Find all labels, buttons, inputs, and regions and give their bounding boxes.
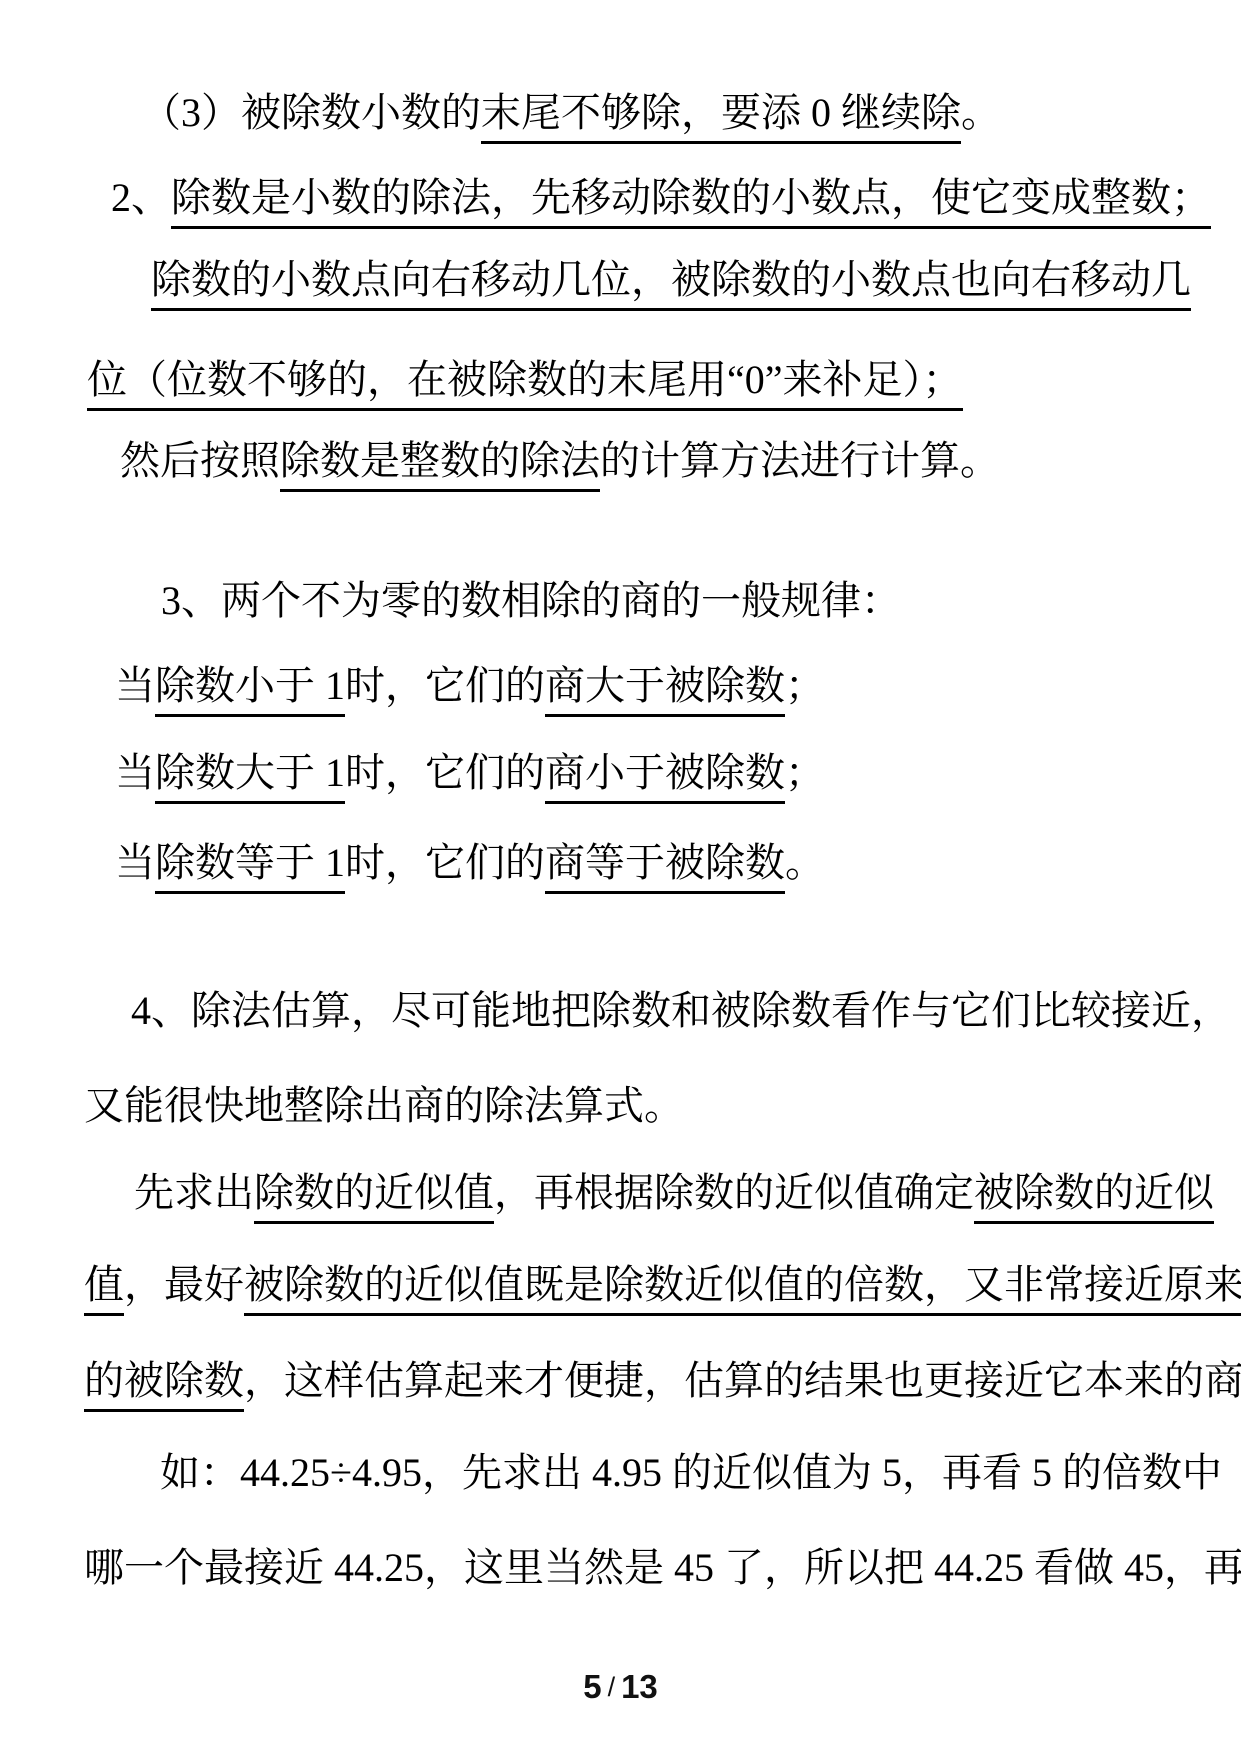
text-line: 4、除法估算，尽可能地把除数和被除数看作与它们比较接近， xyxy=(131,988,1231,1034)
text-segment: 3、两个不为零的数相除的商的一般规律： xyxy=(161,578,901,624)
page-footer: 5/13 xyxy=(0,1668,1241,1706)
underlined-text-segment: 商等于被除数 xyxy=(545,840,785,894)
underlined-text-segment: 除数是整数的除法 xyxy=(280,438,600,492)
underlined-text-segment: 除数大于 1 xyxy=(155,750,345,804)
text-line: （3）被除数小数的末尾不够除，要添 0 继续除。 xyxy=(141,90,1001,144)
text-segment: ，再根据除数的近似值确定 xyxy=(494,1170,974,1216)
text-line: 当除数大于 1 时，它们的商小于被除数； xyxy=(115,750,825,804)
text-line: 又能很快地整除出商的除法算式。 xyxy=(84,1083,684,1129)
underlined-text-segment: 商小于被除数 xyxy=(545,750,785,804)
text-line: 值，最好被除数的近似值既是除数近似值的倍数，又非常接近原来 xyxy=(84,1262,1241,1316)
text-line: 哪一个最接近 44.25，这里当然是 45 了，所以把 44.25 看做 45，… xyxy=(84,1545,1241,1591)
text-segment: 。 xyxy=(961,90,1001,136)
text-line: 当除数等于 1 时，它们的商等于被除数。 xyxy=(115,840,825,894)
text-segment: ，最好 xyxy=(124,1262,244,1308)
total-page-count: 13 xyxy=(621,1668,658,1705)
text-line: 的被除数，这样估算起来才便捷，估算的结果也更接近它本来的商。 xyxy=(84,1358,1241,1412)
text-segment: 先求出 xyxy=(134,1170,254,1216)
text-segment: ； xyxy=(785,750,825,796)
text-segment: 当 xyxy=(115,840,155,886)
text-line: 3、两个不为零的数相除的商的一般规律： xyxy=(161,578,901,624)
underlined-text-segment: 除数等于 1 xyxy=(155,840,345,894)
text-segment: 当 xyxy=(115,663,155,709)
text-line: 先求出除数的近似值，再根据除数的近似值确定被除数的近似 xyxy=(134,1170,1214,1224)
underlined-text-segment: 末尾不够除，要添 0 继续除 xyxy=(481,90,961,144)
underlined-text-segment: 被除数的近似值既是除数近似值的倍数，又非常接近原来 xyxy=(244,1262,1241,1316)
underlined-text-segment: 值 xyxy=(84,1262,124,1316)
text-segment: ，这样估算起来才便捷，估算的结果也更接近它本来的商。 xyxy=(244,1358,1241,1404)
underlined-text-segment: 除数的近似值 xyxy=(254,1170,494,1224)
text-line: 如：44.25÷4.95，先求出 4.95 的近似值为 5，再看 5 的倍数中 xyxy=(160,1450,1222,1496)
text-segment: 哪一个最接近 44.25，这里当然是 45 了，所以把 44.25 看做 45，… xyxy=(84,1545,1241,1591)
text-segment: 4、除法估算，尽可能地把除数和被除数看作与它们比较接近， xyxy=(131,988,1231,1034)
underlined-text-segment: 位（位数不够的，在被除数的末尾用“0”来补足）； xyxy=(87,357,963,411)
text-segment: 时，它们的 xyxy=(345,840,545,886)
text-segment: 然后按照 xyxy=(120,438,280,484)
underlined-text-segment: 除数小于 1 xyxy=(155,663,345,717)
underlined-text-segment: 被除数的近似 xyxy=(974,1170,1214,1224)
current-page-number: 5 xyxy=(583,1668,601,1705)
text-segment: 时，它们的 xyxy=(345,750,545,796)
text-line: 除数的小数点向右移动几位，被除数的小数点也向右移动几 xyxy=(151,257,1191,311)
text-line: 2、除数是小数的除法，先移动除数的小数点，使它变成整数； xyxy=(111,175,1211,229)
page-separator: / xyxy=(602,1672,622,1702)
text-segment: （3）被除数小数的 xyxy=(141,90,481,136)
text-segment: 当 xyxy=(115,750,155,796)
underlined-text-segment: 的被除数 xyxy=(84,1358,244,1412)
text-segment: 的计算方法进行计算。 xyxy=(600,438,1000,484)
text-segment: 2、 xyxy=(111,175,171,221)
text-line: 当除数小于 1 时，它们的商大于被除数； xyxy=(115,663,825,717)
underlined-text-segment: 商大于被除数 xyxy=(545,663,785,717)
text-line: 然后按照除数是整数的除法的计算方法进行计算。 xyxy=(120,438,1000,492)
document-page: （3）被除数小数的末尾不够除，要添 0 继续除。2、除数是小数的除法，先移动除数… xyxy=(0,0,1241,1754)
text-segment: ； xyxy=(785,663,825,709)
text-line: 位（位数不够的，在被除数的末尾用“0”来补足）； xyxy=(87,357,963,411)
text-segment: 如：44.25÷4.95，先求出 4.95 的近似值为 5，再看 5 的倍数中 xyxy=(160,1450,1222,1496)
text-segment: 又能很快地整除出商的除法算式。 xyxy=(84,1083,684,1129)
underlined-text-segment: 除数是小数的除法，先移动除数的小数点，使它变成整数； xyxy=(171,175,1211,229)
underlined-text-segment: 除数的小数点向右移动几位，被除数的小数点也向右移动几 xyxy=(151,257,1191,311)
text-segment: 时，它们的 xyxy=(345,663,545,709)
text-segment: 。 xyxy=(785,840,825,886)
